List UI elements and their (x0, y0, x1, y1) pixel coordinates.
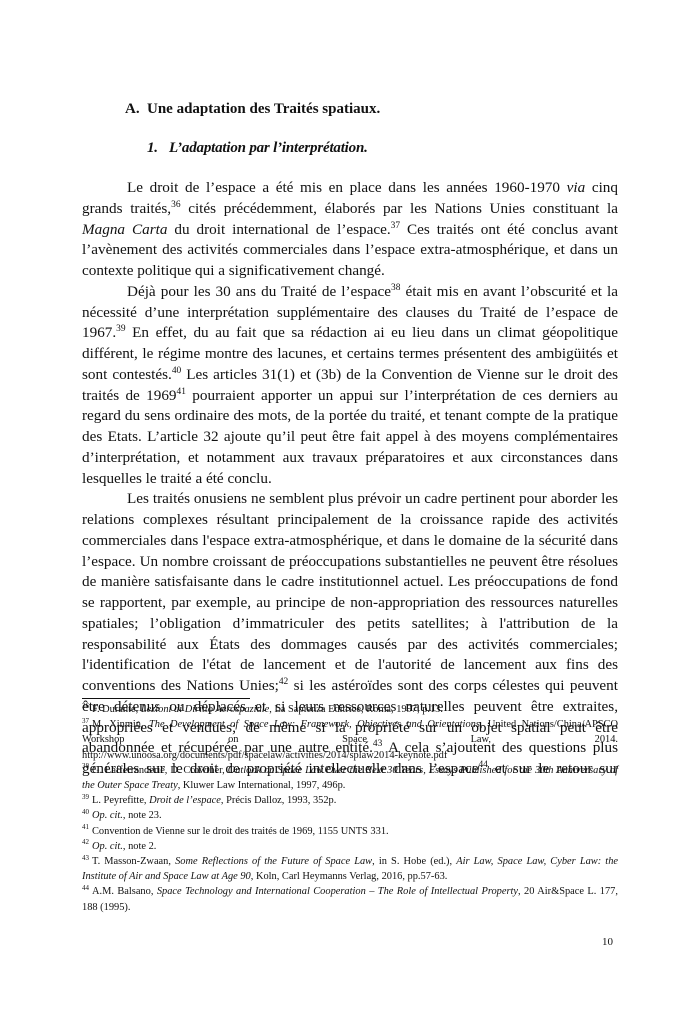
footnote-38: 38G. Lafferranderie, D. Crowther, Outloo… (82, 763, 618, 793)
footnote-number: 39 (82, 793, 89, 801)
footnote-36: 36F. Durante, Lezioni di Diritto Aerospa… (82, 702, 618, 717)
text: G. Lafferranderie, D. Crowther, (92, 765, 228, 776)
footnote-number: 40 (82, 808, 89, 816)
footnote-number: 44 (82, 884, 89, 892)
text: , Précis Dalloz, 1993, 352p. (221, 795, 336, 806)
document-page: A.Une adaptation des Traités spatiaux. 1… (0, 0, 700, 1028)
body-text: Le droit de l’espace a été mis en place … (82, 178, 618, 780)
section-heading: A.Une adaptation des Traités spatiaux. (125, 101, 380, 118)
italic-text: Lezioni di Diritto Aerospaziale (141, 704, 269, 715)
italic-text: Some Reflections of the Future of Space … (175, 856, 372, 867)
footnote-ref-41[interactable]: 41 (177, 386, 186, 396)
page-number: 10 (602, 936, 613, 948)
text: Le droit de l’espace a été mis en place … (127, 179, 567, 196)
footnote-number: 38 (82, 762, 89, 770)
subsection-number: 1. (147, 140, 169, 157)
footnote-ref-39[interactable]: 39 (116, 324, 125, 334)
subsection-title: L’adaptation par l’interprétation. (169, 140, 368, 156)
footnote-number: 36 (82, 702, 89, 710)
footnote-number: 37 (82, 717, 89, 725)
text: , in S. Hobe (ed.), (372, 856, 456, 867)
text: , La Sapienza Editrice, Roma, 1997, p.13… (269, 704, 443, 715)
footnote-ref-42[interactable]: 42 (279, 677, 288, 687)
italic-text: Op. cit. (92, 841, 123, 852)
italic-text: Magna Carta (82, 221, 167, 238)
text: , note 2. (123, 841, 156, 852)
text: F. Durante, (92, 704, 141, 715)
footnote-ref-36[interactable]: 36 (171, 200, 180, 210)
italic-text: Op. cit. (92, 810, 123, 821)
footnote-42: 42Op. cit., note 2. (82, 839, 618, 854)
paragraph-1: Le droit de l’espace a été mis en place … (82, 178, 618, 282)
footnote-number: 42 (82, 838, 89, 846)
footnote-number: 41 (82, 823, 89, 831)
footnote-43: 43T. Masson-Zwaan, Some Reflections of t… (82, 854, 618, 884)
text: Déjà pour les 30 ans du Traité de l’espa… (127, 283, 391, 300)
paragraph-2: Déjà pour les 30 ans du Traité de l’espa… (82, 282, 618, 490)
text: du droit international de l’espace. (167, 221, 390, 238)
footnote-number: 43 (82, 854, 89, 862)
text: L. Peyrefitte, (92, 795, 149, 806)
italic-text: Space Technology and International Coope… (157, 886, 518, 897)
italic-text: via (567, 179, 586, 196)
text: Convention de Vienne sur le droit des tr… (92, 826, 389, 837)
text: , note 23. (123, 810, 162, 821)
text: , Kluwer Law International, 1997, 496p. (178, 780, 346, 791)
text: M. Xinmin, (92, 719, 149, 730)
footnote-37-url: http://www.unoosa.org/documents/pdf/spac… (82, 748, 618, 763)
footnote-ref-40[interactable]: 40 (172, 366, 181, 376)
italic-text: Droit de l’espace (149, 795, 221, 806)
text: , Koln, Carl Heymanns Verlag, 2016, pp.5… (251, 871, 448, 882)
text: T. Masson-Zwaan, (92, 856, 175, 867)
italic-text: The Development of Space Law: Framework,… (149, 719, 480, 730)
text: A.M. Balsano, (92, 886, 157, 897)
section-number: A. (125, 101, 147, 118)
footnotes: 36F. Durante, Lezioni di Diritto Aerospa… (82, 702, 618, 915)
footnote-39: 39L. Peyrefitte, Droit de l’espace, Préc… (82, 793, 618, 808)
footnote-37: 37M. Xinmin, The Development of Space La… (82, 717, 618, 747)
footnote-separator (82, 698, 250, 699)
footnote-ref-37[interactable]: 37 (391, 220, 400, 230)
footnote-ref-38[interactable]: 38 (391, 283, 400, 293)
footnote-40: 40Op. cit., note 23. (82, 808, 618, 823)
subsection-heading: 1.L’adaptation par l’interprétation. (147, 140, 368, 157)
footnote-44: 44A.M. Balsano, Space Technology and Int… (82, 884, 618, 914)
section-title: Une adaptation des Traités spatiaux. (147, 101, 380, 117)
text: Les traités onusiens ne semblent plus pr… (82, 490, 618, 694)
text: cités précédemment, élaborés par les Nat… (181, 200, 618, 217)
footnote-41: 41Convention de Vienne sur le droit des … (82, 824, 618, 839)
url-link[interactable]: http://www.unoosa.org/documents/pdf/spac… (82, 750, 447, 761)
